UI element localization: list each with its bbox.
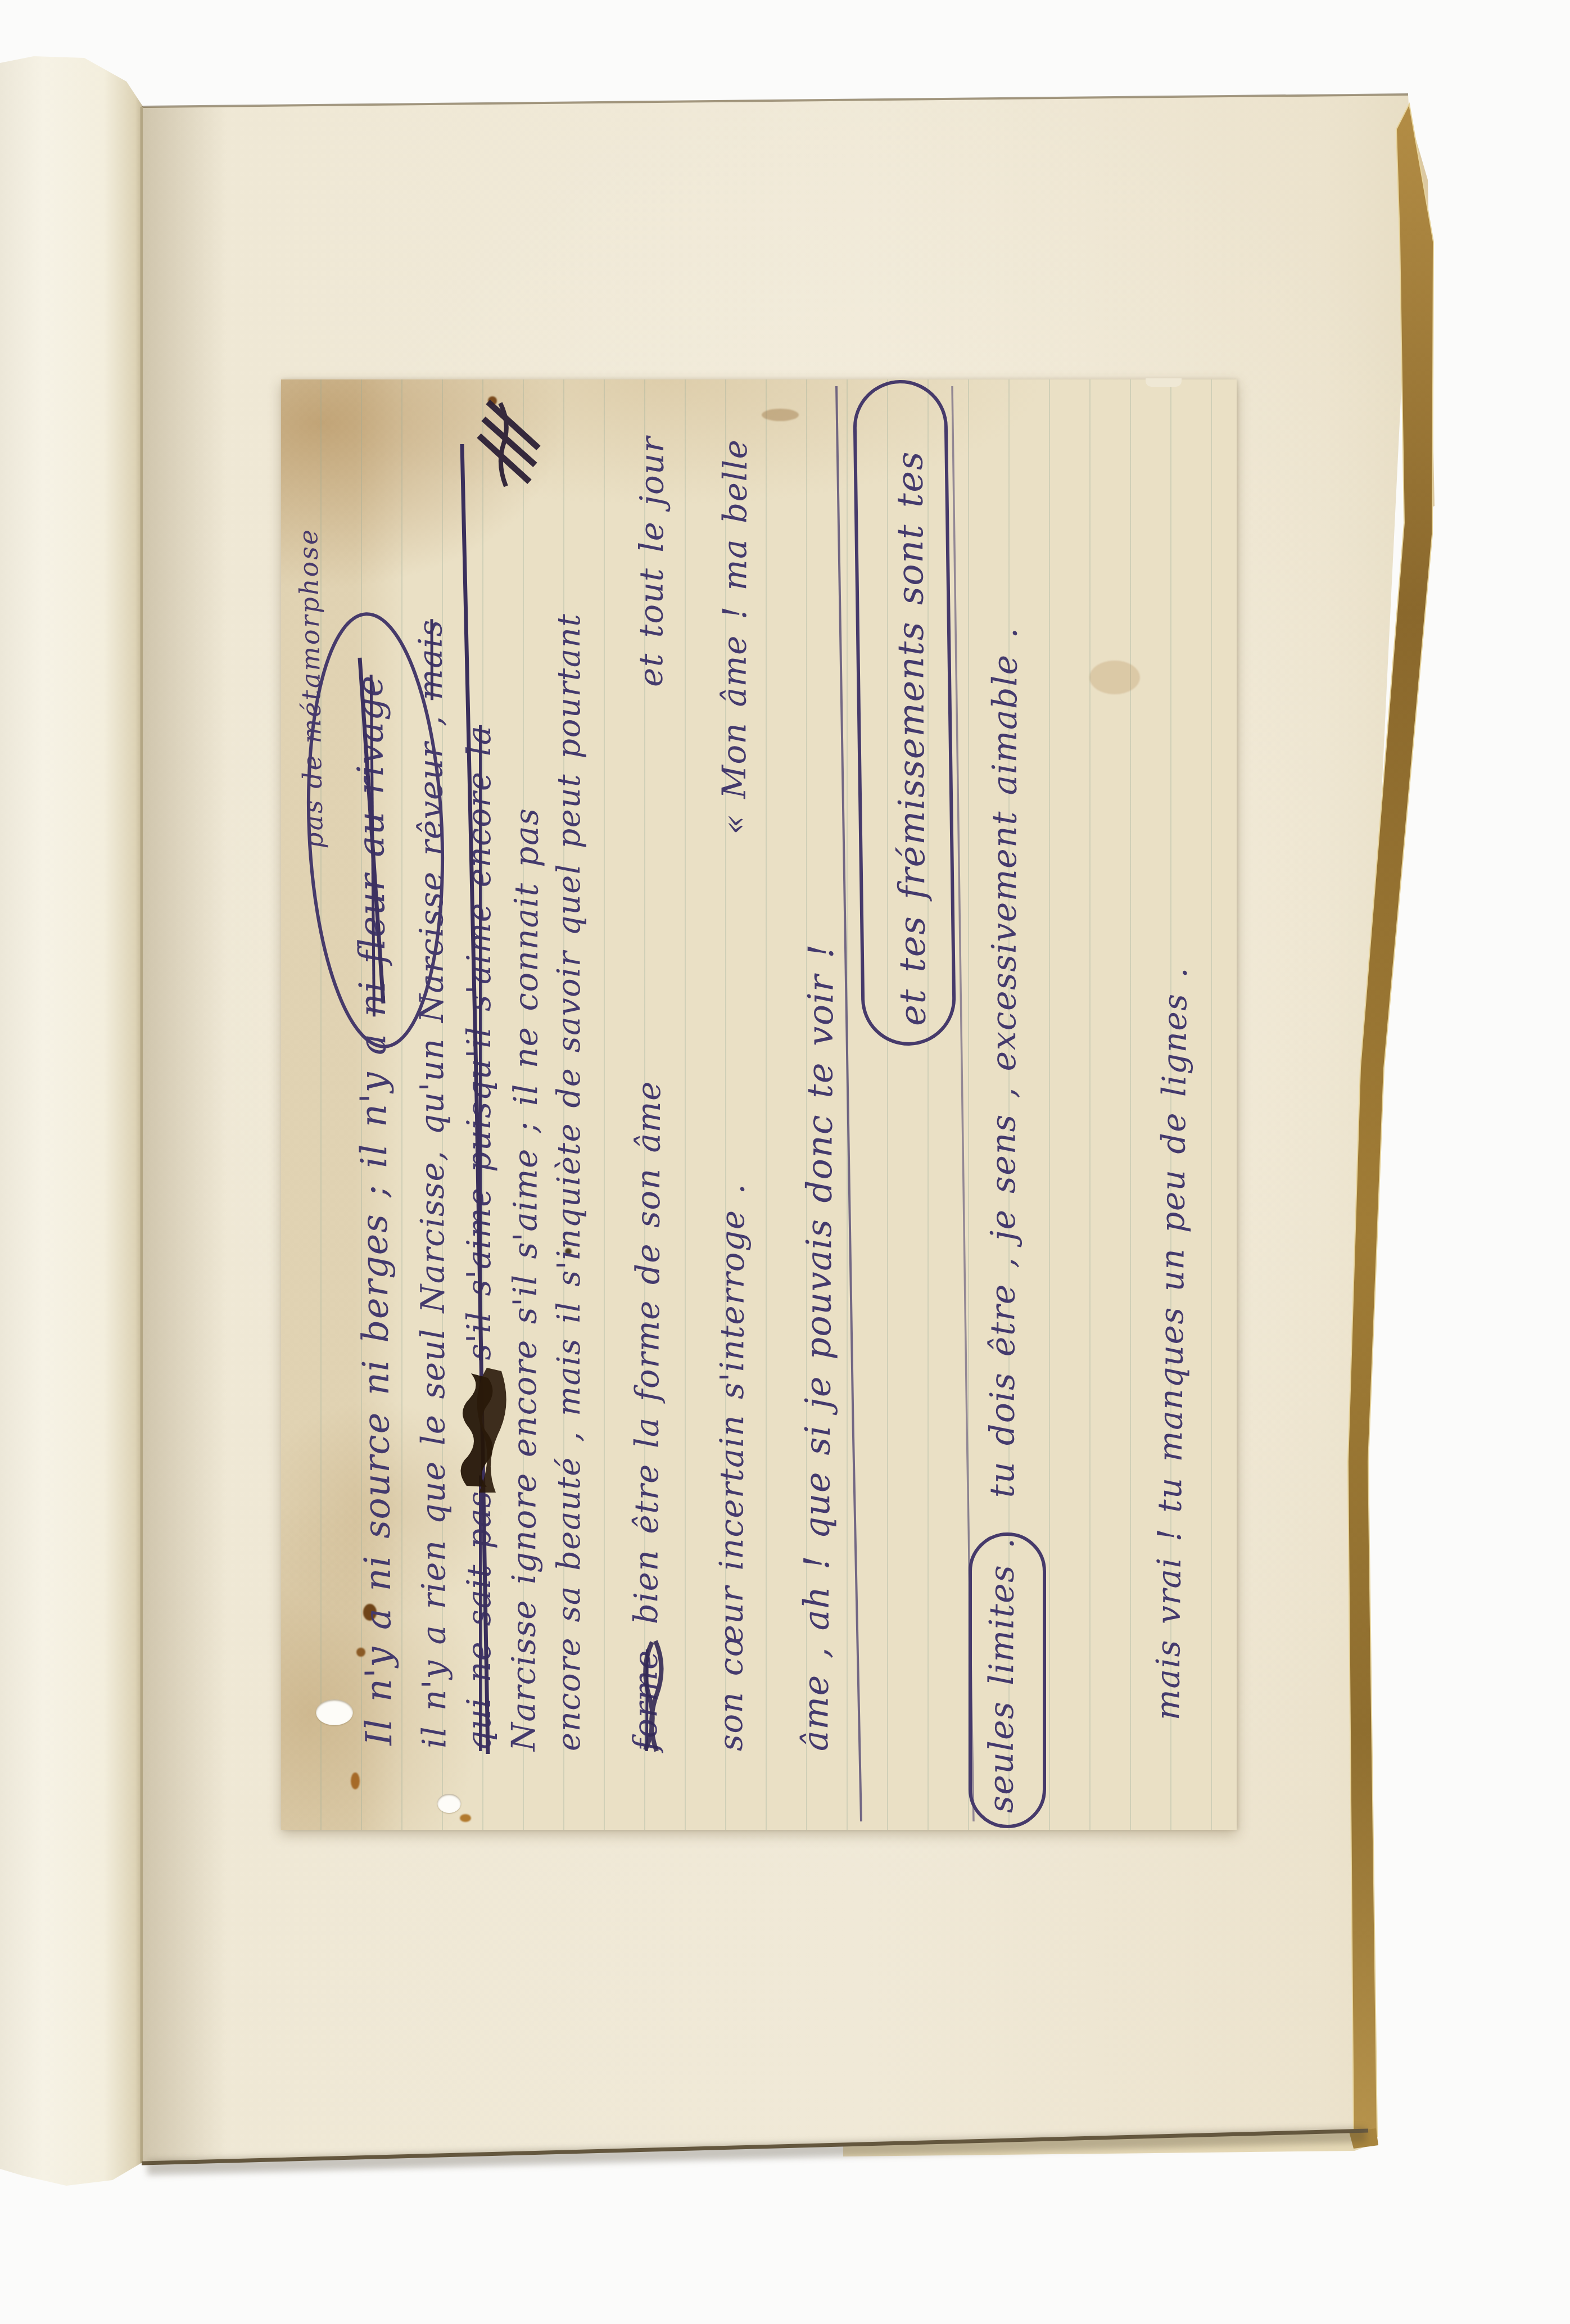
page-top-edge [142, 94, 1408, 107]
gutter-shadow [143, 107, 228, 2162]
circle-annotation [300, 611, 451, 1050]
manuscript-text-block: pas de métamorphose Il n'y a ni source n… [281, 379, 1237, 1830]
book-photograph: pas de métamorphose Il n'y a ni source n… [0, 0, 1570, 2324]
ink-marks [281, 379, 1237, 1830]
strike-line [462, 444, 488, 1754]
capsule-annotation [970, 1534, 1044, 1826]
deletion-scribble [645, 1641, 662, 1751]
manuscript-sheet: pas de métamorphose Il n'y a ni source n… [281, 379, 1237, 1830]
capsule-annotation [854, 381, 954, 1045]
strike-line [360, 658, 383, 1003]
deletion-scribble [479, 402, 539, 486]
gilt-fore-edge [1348, 104, 1433, 2136]
